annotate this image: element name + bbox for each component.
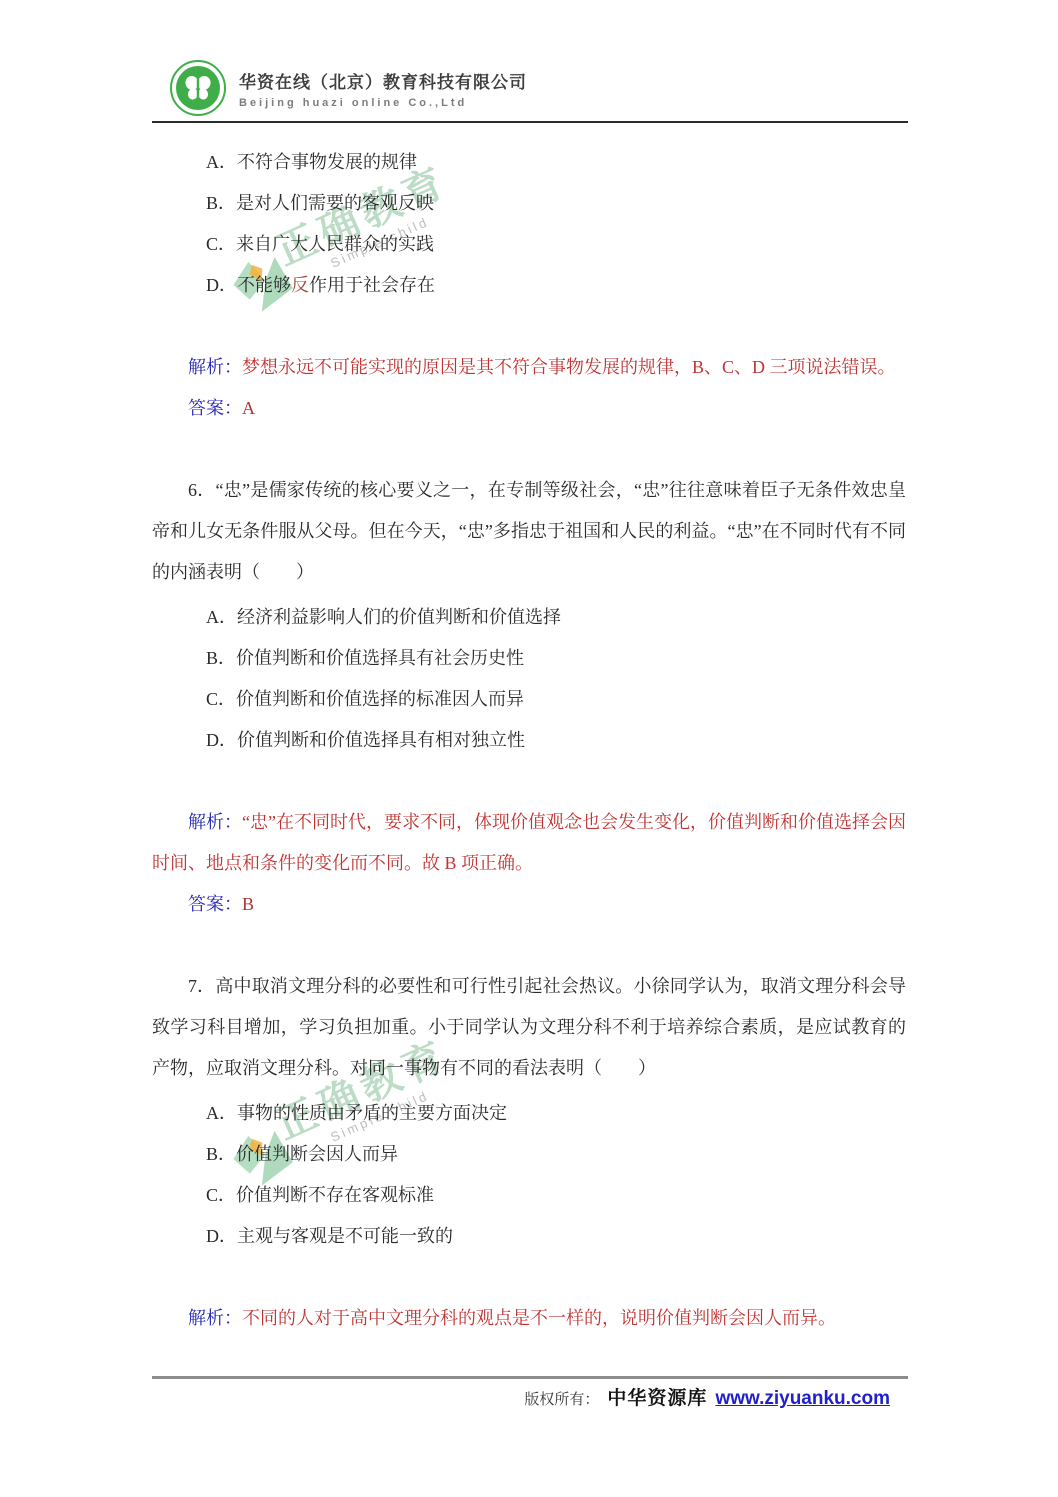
spacer [152,306,906,347]
analysis-label: 解析： [188,1308,242,1328]
company-name-cn: 华资在线（北京）教育科技有限公司 [239,68,527,93]
analysis-label: 解析： [188,357,242,377]
option-list: A．事物的性质由矛盾的主要方面决定 B．价值判断会因人而异 C．价值判断不存在客… [152,1093,906,1257]
butterfly-icon [183,74,213,102]
option-list: A．不符合事物发展的规律 B．是对人们需要的客观反映 C．来自广大人民群众的实践… [152,142,906,306]
answer-value: B [242,894,254,914]
spacer [152,429,906,470]
question-stem: 7．高中取消文理分科的必要性和可行性引起社会热议。小徐同学认为，取消文理分科会导… [152,966,906,1089]
option-d-pre: D．不能够 [206,275,291,295]
analysis-paragraph: 解析：不同的人对于高中文理分科的观点是不一样的，说明价值判断会因人而异。 [152,1298,906,1339]
option-d-post: 作用于社会存在 [309,275,435,295]
option-c: C．价值判断和价值选择的标准因人而异 [152,679,906,720]
analysis-label: 解析： [188,812,242,832]
question-stem: 6．“忠”是儒家传统的核心要义之一，在专制等级社会，“忠”往往意味着臣子无条件效… [152,470,906,593]
option-d: D．主观与客观是不可能一致的 [152,1216,906,1257]
spacer [152,1257,906,1298]
answer-label: 答案： [188,398,242,418]
answer-line: 答案：B [152,884,906,925]
document-page: 正确教育 Simple child 正确教育 Simple child [0,0,1058,1497]
analysis-text: “忠”在不同时代，要求不同，体现价值观念也会发生变化，价值判断和价值选择会因时间… [152,812,906,873]
option-a: A．经济利益影响人们的价值判断和价值选择 [152,597,906,638]
question-block-7: 7．高中取消文理分科的必要性和可行性引起社会热议。小徐同学认为，取消文理分科会导… [152,966,906,1339]
company-name-en: Beijing huazi online Co.,Ltd [239,97,527,109]
analysis-paragraph: 解析：“忠”在不同时代，要求不同，体现价值观念也会发生变化，价值判断和价值选择会… [152,802,906,884]
option-b: B．是对人们需要的客观反映 [152,183,906,224]
company-header: 华资在线（北京）教育科技有限公司 Beijing huazi online Co… [170,60,527,116]
company-names: 华资在线（北京）教育科技有限公司 Beijing huazi online Co… [239,68,527,109]
answer-value: A [242,398,255,418]
site-name: 中华资源库 [607,1383,707,1410]
option-list: A．经济利益影响人们的价值判断和价值选择 B．价值判断和价值选择具有社会历史性 … [152,597,906,761]
document-body: A．不符合事物发展的规律 B．是对人们需要的客观反映 C．来自广大人民群众的实践… [152,138,906,1339]
option-d: D．不能够反作用于社会存在 [152,265,906,306]
option-d-highlight: 反 [291,275,309,295]
answer-label: 答案： [188,894,242,914]
question-block-6: 6．“忠”是儒家传统的核心要义之一，在专制等级社会，“忠”往往意味着臣子无条件效… [152,470,906,966]
analysis-text: 不同的人对于高中文理分科的观点是不一样的，说明价值判断会因人而异。 [242,1308,836,1328]
spacer [152,925,906,966]
option-d: D．价值判断和价值选择具有相对独立性 [152,720,906,761]
page-footer: 版权所有： 中华资源库 www.ziyuanku.com [524,1383,890,1410]
option-c: C．来自广大人民群众的实践 [152,224,906,265]
copyright-label: 版权所有： [524,1388,599,1409]
spacer [152,761,906,802]
header-divider [152,121,908,123]
logo-circle [176,66,220,110]
option-b: B．价值判断会因人而异 [152,1134,906,1175]
option-b: B．价值判断和价值选择具有社会历史性 [152,638,906,679]
site-url-link[interactable]: www.ziyuanku.com [715,1388,890,1410]
company-logo [170,60,226,116]
footer-divider [152,1376,908,1379]
option-c: C．价值判断不存在客观标准 [152,1175,906,1216]
question-block-5: A．不符合事物发展的规律 B．是对人们需要的客观反映 C．来自广大人民群众的实践… [152,142,906,470]
option-a: A．事物的性质由矛盾的主要方面决定 [152,1093,906,1134]
analysis-paragraph: 解析：梦想永远不可能实现的原因是其不符合事物发展的规律，B、C、D 三项说法错误… [152,347,906,388]
option-a: A．不符合事物发展的规律 [152,142,906,183]
analysis-text: 梦想永远不可能实现的原因是其不符合事物发展的规律，B、C、D 三项说法错误。 [242,357,896,377]
answer-line: 答案：A [152,388,906,429]
